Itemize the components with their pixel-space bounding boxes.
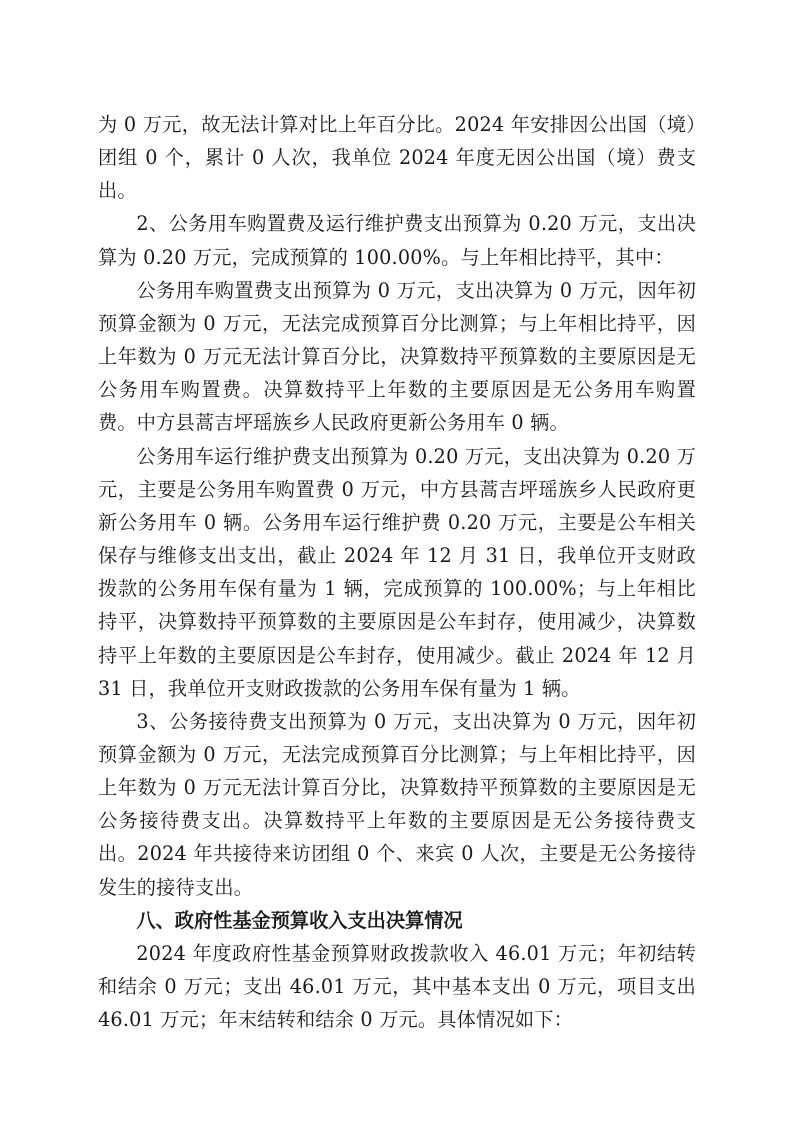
paragraph-overseas-continuation: 为 0 万元，故无法计算对比上年百分比。2024 年安排因公出国（境）团组 0 … bbox=[98, 108, 696, 207]
paragraph-government-fund: 2024 年度政府性基金预算财政拨款收入 46.01 万元；年初结转和结余 0 … bbox=[98, 937, 696, 1036]
paragraph-vehicle-maintenance: 公务用车运行维护费支出预算为 0.20 万元，支出决算为 0.20 万元，主要是… bbox=[98, 440, 696, 705]
paragraph-vehicle-purchase: 公务用车购置费支出预算为 0 万元，支出决算为 0 万元，因年初预算金额为 0 … bbox=[98, 274, 696, 440]
document-page: 为 0 万元，故无法计算对比上年百分比。2024 年安排因公出国（境）团组 0 … bbox=[98, 108, 696, 1036]
paragraph-reception: 3、公务接待费支出预算为 0 万元，支出决算为 0 万元，因年初预算金额为 0 … bbox=[98, 705, 696, 904]
paragraph-vehicle-total: 2、公务用车购置费及运行维护费支出预算为 0.20 万元，支出决算为 0.20 … bbox=[98, 207, 696, 273]
section-heading-government-fund: 八、政府性基金预算收入支出决算情况 bbox=[98, 904, 696, 937]
